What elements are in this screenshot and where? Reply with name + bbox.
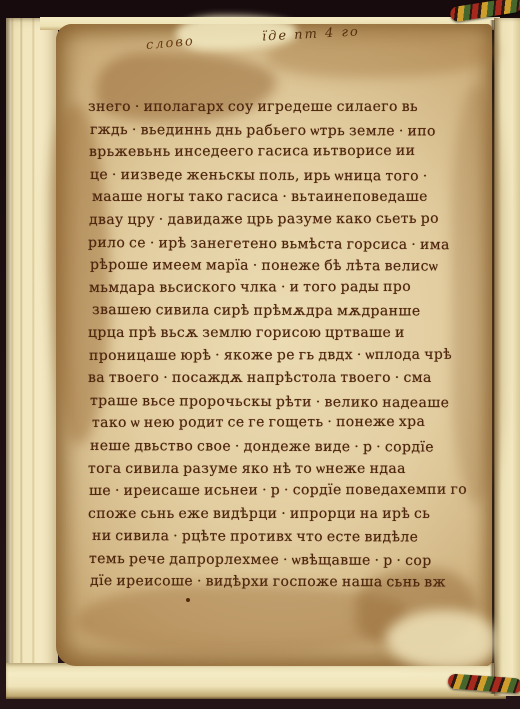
text-line: тога сивила разуме яко нѣ то ѡнеже ндаа (88, 458, 480, 481)
text-line: ва твоего · посаждѫ напрѣстола твоего · … (88, 367, 480, 390)
text-line: тако ѡ нею родит се ге гощеть · понеже х… (92, 411, 480, 435)
text-line: ше · иреисаше исьнеи · р · сордїе поведа… (89, 479, 480, 503)
stacked-page-edges-left (6, 18, 58, 698)
parchment-light-patch (386, 610, 496, 670)
ink-dot (186, 598, 190, 602)
text-line: ни сивила · рцѣте противх что есте видѣл… (92, 525, 480, 549)
text-line: споже сьнь еже видѣрци · ипрорци на ирѣ … (88, 503, 480, 526)
page-edge-bottom (6, 663, 506, 699)
text-line: двау цру · давидаже црь разуме како сьет… (89, 208, 480, 232)
text-line: мьмдара вьсиского члка · и того рады про (89, 275, 480, 299)
text-block: знего · иполагарх соу игредеше силаего в… (88, 96, 480, 593)
text-line: звашею сивила сирѣ прѣмѫдра мѫдранше (92, 299, 480, 323)
parchment-stain (76, 584, 406, 654)
facing-page-edge (494, 18, 520, 696)
text-line: проницаше юрѣ · якоже ре гь двдх · ѡплод… (89, 343, 480, 367)
text-line: неше двьство свое · дондеже виде · р · с… (90, 435, 480, 459)
text-line: црца прѣ вьсѫ землю горисою цртваше и (88, 322, 480, 345)
text-line: рѣроше имеем марїа · понеже бѣ лѣта вели… (90, 254, 480, 278)
text-line: це · иизведе женьскы поль, ирь ѡница тог… (90, 164, 480, 188)
text-line: дїе иреисоше · видѣрхи госпоже наша сьнь… (90, 570, 480, 594)
text-line: врьжевьнь инседеего гасиса иьтворисе ии (89, 140, 480, 164)
manuscript-photo: слово їде пт 4 го знего · иполагарх соу … (0, 0, 520, 709)
text-line: знего · иполагарх соу игредеше силаего в… (88, 96, 480, 119)
text-line: рило се · ирѣ занегетено вьмѣста горсиса… (88, 232, 480, 257)
text-line: темь рече дапрорлехмее · ѡвѣщавше · р · … (89, 548, 480, 573)
text-line: мааше ногы тако гасиса · вьтаинеповедаше (92, 186, 480, 209)
